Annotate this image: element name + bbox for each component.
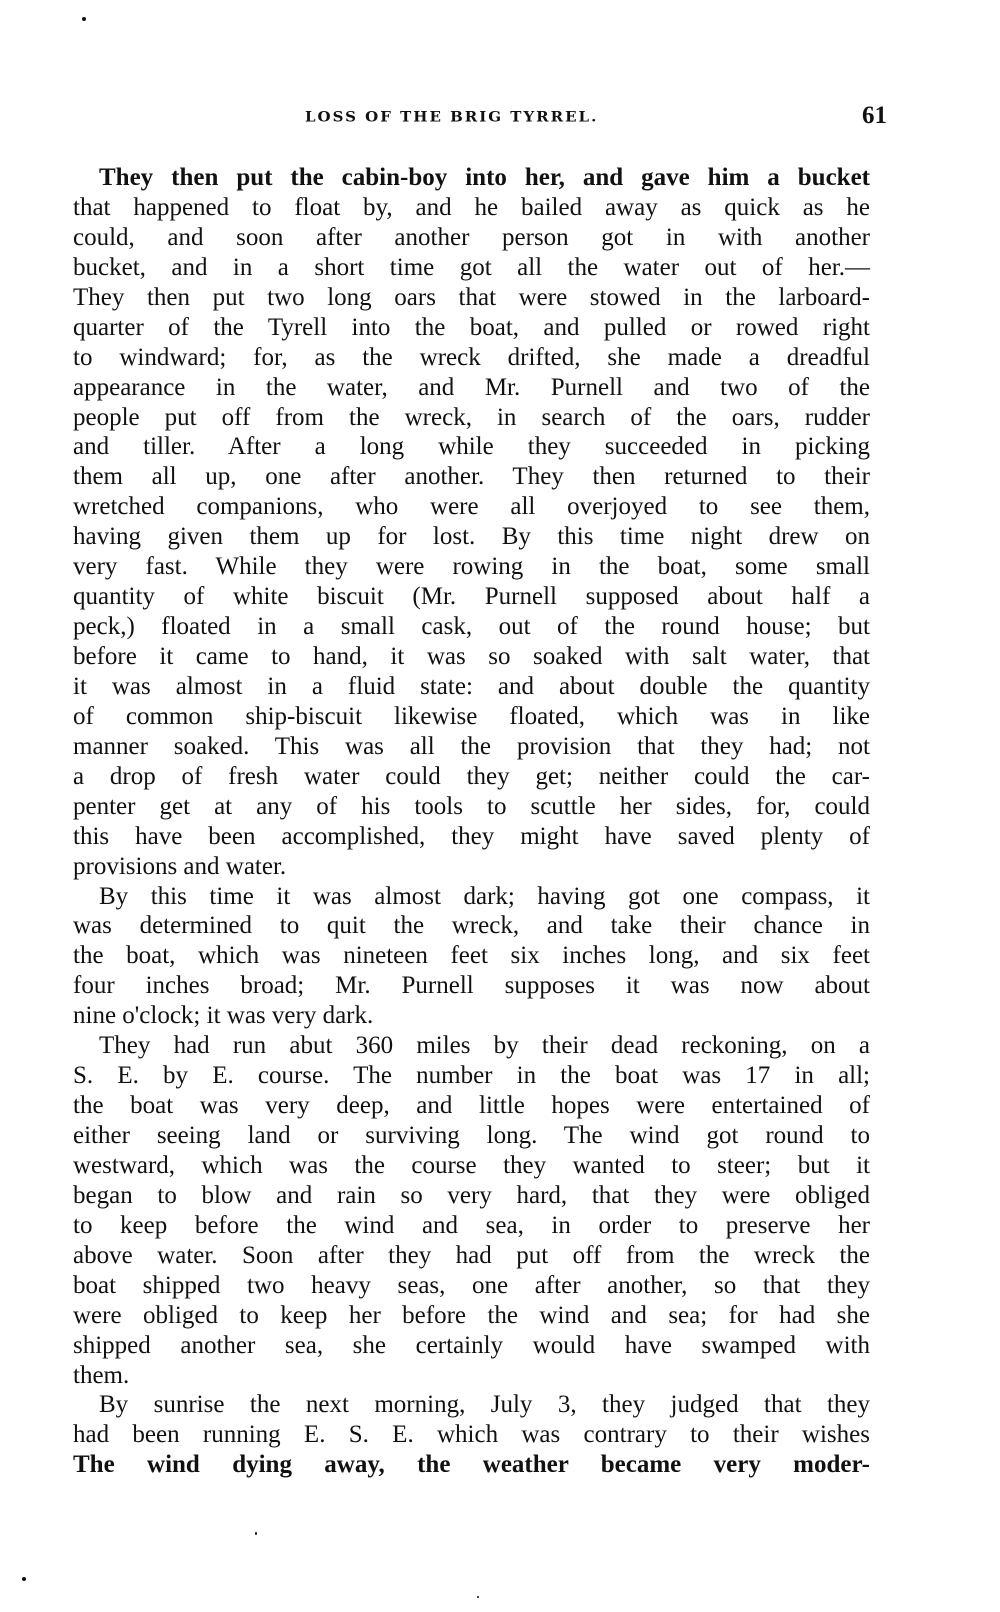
print-speck xyxy=(82,17,86,21)
text-line: manner soaked. This was all the provisio… xyxy=(73,732,870,762)
page-header: Loss of the Brig Tyrrel. 61 xyxy=(0,108,1000,138)
text-line: were obliged to keep her before the wind… xyxy=(73,1301,870,1331)
body-text: They then put the cabin-boy into her, an… xyxy=(73,163,870,1480)
text-line: quantity of white biscuit (Mr. Purnell s… xyxy=(73,582,870,612)
text-line: appearance in the water, and Mr. Purnell… xyxy=(73,373,870,403)
text-line: people put off from the wreck, in search… xyxy=(73,403,870,433)
book-page: Loss of the Brig Tyrrel. 61 They then pu… xyxy=(0,0,1000,1612)
text-line: boat shipped two heavy seas, one after a… xyxy=(73,1271,870,1301)
text-line: quarter of the Tyrell into the boat, and… xyxy=(73,313,870,343)
text-line: either seeing land or surviving long. Th… xyxy=(73,1121,870,1151)
text-line: The wind dying away, the weather became … xyxy=(73,1450,870,1480)
text-line: began to blow and rain so very hard, tha… xyxy=(73,1181,870,1211)
print-speck xyxy=(255,1532,257,1535)
text-line: this have been accomplished, they might … xyxy=(73,822,870,852)
text-line: wretched companions, who were all overjo… xyxy=(73,492,870,522)
text-line: having given them up for lost. By this t… xyxy=(73,522,870,552)
page-number: 61 xyxy=(862,102,887,130)
text-line: westward, which was the course they want… xyxy=(73,1151,870,1181)
text-line: They then put the cabin-boy into her, an… xyxy=(73,163,870,193)
text-line: provisions and water. xyxy=(73,852,870,882)
text-line: before it came to hand, it was so soaked… xyxy=(73,642,870,672)
text-line: had been running E. S. E. which was cont… xyxy=(73,1420,870,1450)
text-line: a drop of fresh water could they get; ne… xyxy=(73,762,870,792)
text-line: very fast. While they were rowing in the… xyxy=(73,552,870,582)
print-speck xyxy=(22,1577,26,1581)
text-line: it was almost in a fluid state: and abou… xyxy=(73,672,870,702)
text-line: the boat, which was nineteen feet six in… xyxy=(73,941,870,971)
text-line: the boat was very deep, and little hopes… xyxy=(73,1091,870,1121)
text-line: of common ship-biscuit likewise floated,… xyxy=(73,702,870,732)
text-line: to keep before the wind and sea, in orde… xyxy=(73,1211,870,1241)
text-line: could, and soon after another person got… xyxy=(73,223,870,253)
text-line: By this time it was almost dark; having … xyxy=(73,882,870,912)
text-line: them all up, one after another. They the… xyxy=(73,462,870,492)
text-line: to windward; for, as the wreck drifted, … xyxy=(73,343,870,373)
text-line: shipped another sea, she certainly would… xyxy=(73,1331,870,1361)
text-line: nine o'clock; it was very dark. xyxy=(73,1001,870,1031)
text-line: above water. Soon after they had put off… xyxy=(73,1241,870,1271)
text-line: and tiller. After a long while they succ… xyxy=(73,432,870,462)
text-line: S. E. by E. course. The number in the bo… xyxy=(73,1061,870,1091)
text-line: They had run abut 360 miles by their dea… xyxy=(73,1031,870,1061)
text-line: four inches broad; Mr. Purnell supposes … xyxy=(73,971,870,1001)
text-line: that happened to float by, and he bailed… xyxy=(73,193,870,223)
text-line: By sunrise the next morning, July 3, the… xyxy=(73,1390,870,1420)
text-line: peck,) floated in a small cask, out of t… xyxy=(73,612,870,642)
text-line: penter get at any of his tools to scuttl… xyxy=(73,792,870,822)
text-line: They then put two long oars that were st… xyxy=(73,283,870,313)
text-line: was determined to quit the wreck, and ta… xyxy=(73,911,870,941)
text-line: bucket, and in a short time got all the … xyxy=(73,253,870,283)
text-line: them. xyxy=(73,1361,870,1391)
print-speck xyxy=(477,1596,479,1598)
running-title: Loss of the Brig Tyrrel. xyxy=(305,109,598,125)
